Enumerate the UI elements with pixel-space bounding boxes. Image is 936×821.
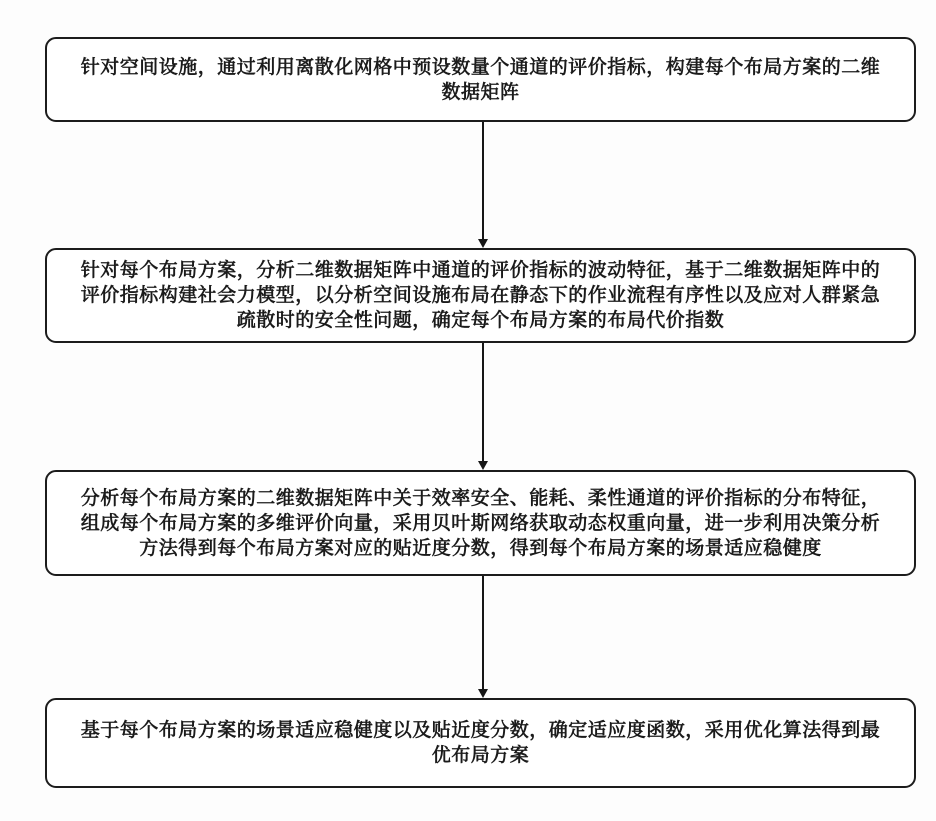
flowchart-figure: 针对空间设施，通过利用离散化网格中预设数量个通道的评价指标，构建每个布局方案的二… <box>0 0 936 821</box>
flow-step-2-text: 针对每个布局方案，分析二维数据矩阵中通道的评价指标的波动特征，基于二维数据矩阵中… <box>57 258 904 333</box>
flow-step-4-text: 基于每个布局方案的场景适应稳健度以及贴近度分数，确定适应度函数，采用优化算法得到… <box>57 718 904 768</box>
arrow-down-icon <box>478 239 488 248</box>
flow-step-3-text: 分析每个布局方案的二维数据矩阵中关于效率安全、能耗、柔性通道的评价指标的分布特征… <box>57 486 904 561</box>
flow-arrow-1 <box>477 122 489 248</box>
arrow-line <box>482 343 484 462</box>
arrow-down-icon <box>478 461 488 470</box>
flow-step-3-box: 分析每个布局方案的二维数据矩阵中关于效率安全、能耗、柔性通道的评价指标的分布特征… <box>45 470 916 576</box>
arrow-down-icon <box>478 689 488 698</box>
flow-step-4-box: 基于每个布局方案的场景适应稳健度以及贴近度分数，确定适应度函数，采用优化算法得到… <box>45 698 916 788</box>
arrow-line <box>482 122 484 240</box>
flow-step-1-text: 针对空间设施，通过利用离散化网格中预设数量个通道的评价指标，构建每个布局方案的二… <box>57 55 904 105</box>
flow-step-2-box: 针对每个布局方案，分析二维数据矩阵中通道的评价指标的波动特征，基于二维数据矩阵中… <box>45 248 916 343</box>
flow-arrow-3 <box>477 576 489 698</box>
flow-arrow-2 <box>477 343 489 470</box>
arrow-line <box>482 576 484 690</box>
flow-step-1-box: 针对空间设施，通过利用离散化网格中预设数量个通道的评价指标，构建每个布局方案的二… <box>45 37 916 122</box>
